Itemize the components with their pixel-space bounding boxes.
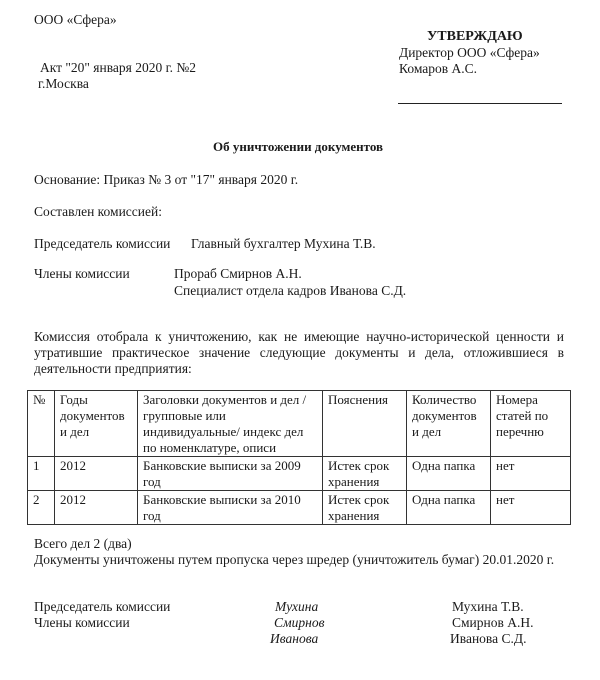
documents-table: № Годы документов и дел Заголовки докуме… bbox=[27, 390, 571, 525]
signatory-name: Иванова С.Д. bbox=[450, 631, 526, 647]
column-header: Заголовки документов и дел /групповые ил… bbox=[138, 391, 323, 457]
table-cell: Истек срок хранения bbox=[323, 457, 407, 491]
signature-handwritten: Смирнов bbox=[274, 615, 324, 631]
document-title: Об уничтожении документов bbox=[213, 139, 383, 155]
member-1: Прораб Смирнов А.Н. bbox=[174, 266, 302, 282]
table-row: 2 2012 Банковские выписки за 2010 год Ис… bbox=[28, 491, 571, 525]
signatory-name: Смирнов А.Н. bbox=[452, 615, 534, 631]
approval-name: Комаров А.С. bbox=[399, 61, 477, 77]
organization-name: ООО «Сфера» bbox=[34, 12, 117, 28]
table-cell: 2 bbox=[28, 491, 55, 525]
column-header: Количество документов и дел bbox=[407, 391, 491, 457]
table-cell: 1 bbox=[28, 457, 55, 491]
table-cell: Банковские выписки за 2009 год bbox=[138, 457, 323, 491]
members-label: Члены комиссии bbox=[34, 266, 130, 282]
table-cell: 2012 bbox=[55, 457, 138, 491]
approval-position: Директор ООО «Сфера» bbox=[399, 45, 540, 61]
table-cell: нет bbox=[491, 491, 571, 525]
act-number-date: Акт "20" января 2020 г. №2 bbox=[40, 60, 196, 76]
column-header: Годы документов и дел bbox=[55, 391, 138, 457]
table-cell: Банковские выписки за 2010 год bbox=[138, 491, 323, 525]
signature-chairman-label: Председатель комиссии bbox=[34, 599, 170, 615]
compiled-by: Составлен комиссией: bbox=[34, 204, 162, 220]
table-cell: нет bbox=[491, 457, 571, 491]
member-2: Специалист отдела кадров Иванова С.Д. bbox=[174, 283, 406, 299]
city: г.Москва bbox=[38, 76, 89, 92]
signatory-name: Мухина Т.В. bbox=[452, 599, 524, 615]
signature-handwritten: Иванова bbox=[270, 631, 318, 647]
intro-paragraph: Комиссия отобрала к уничтожению, как не … bbox=[34, 329, 564, 377]
column-header: Номера статей по перечню bbox=[491, 391, 571, 457]
chairman-label: Председатель комиссии bbox=[34, 236, 170, 252]
table-row: 1 2012 Банковские выписки за 2009 год Ис… bbox=[28, 457, 571, 491]
table-header-row: № Годы документов и дел Заголовки докуме… bbox=[28, 391, 571, 457]
table-cell: Одна папка bbox=[407, 491, 491, 525]
table-cell: Одна папка bbox=[407, 457, 491, 491]
column-header: Пояснения bbox=[323, 391, 407, 457]
column-header: № bbox=[28, 391, 55, 457]
basis-line: Основание: Приказ № 3 от "17" января 202… bbox=[34, 172, 298, 188]
approval-title: УТВЕРЖДАЮ bbox=[427, 29, 523, 45]
chairman-value: Главный бухгалтер Мухина Т.В. bbox=[191, 236, 376, 252]
approval-signature-line bbox=[398, 103, 562, 104]
total-count: Всего дел 2 (два) bbox=[34, 536, 132, 552]
table-cell: 2012 bbox=[55, 491, 138, 525]
table-cell: Истек срок хранения bbox=[323, 491, 407, 525]
destruction-method: Документы уничтожены путем пропуска чере… bbox=[34, 552, 554, 568]
signature-members-label: Члены комиссии bbox=[34, 615, 130, 631]
signature-handwritten: Мухина bbox=[275, 599, 318, 615]
